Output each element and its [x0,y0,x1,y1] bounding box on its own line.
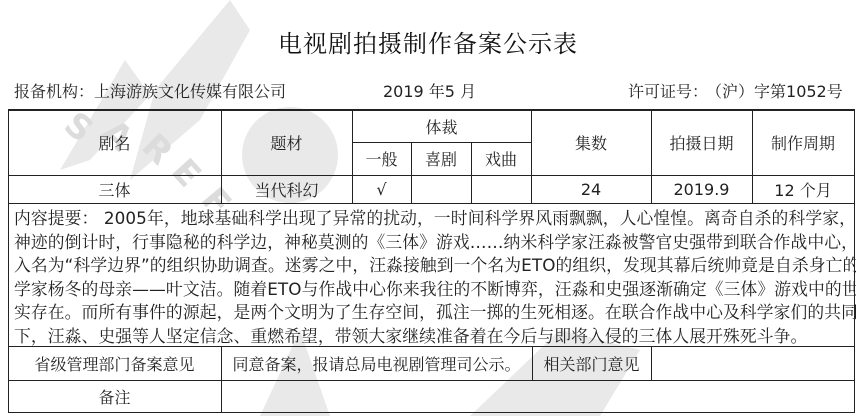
remarks-value [221,381,854,412]
filing-org-label: 报备机构： [14,82,94,101]
filing-org-value: 上海游族文化传媒有限公司 [94,82,286,101]
header-shoot-date: 拍摄日期 [651,110,752,175]
license-number: 许可证号：（沪）字第1052号 [628,79,843,102]
cell-episodes: 24 [531,176,651,203]
related-dept-label: 相关部门意见 [532,347,651,380]
header-genre-group: 体裁 [352,110,531,142]
content-summary: 内容提要： 2005年，地球基础科学出现了异常的扰动，一时间科学界风雨飘飘，人心… [14,207,852,349]
cell-shoot-date: 2019.9 [651,176,752,203]
cell-subject: 当代科幻 [221,176,352,203]
filing-date: 2019 年5 月 [383,79,476,102]
cell-genre-general: √ [352,176,411,203]
related-dept-opinion [651,347,854,380]
header-genre-general: 一般 [352,142,411,175]
license-label: 许可证号： [628,82,708,101]
summary-line: 入名为“科学边界”的组织协助调查。迷雾之中，汪淼接触到一个名为ETO的组织，发现… [14,254,852,278]
header-name: 剧名 [8,110,221,175]
header-genre-comedy: 喜剧 [411,142,471,175]
remarks-label: 备注 [8,381,221,412]
license-value: （沪）字第1052号 [714,82,843,101]
summary-line: 学家杨冬的母亲——叶文洁。随着ETO与作战中心你来我往的不断博弈，汪淼和史强逐渐… [14,278,852,302]
document-title: 电视剧拍摄制作备案公示表 [0,24,856,59]
provincial-opinion-label: 省级管理部门备案意见 [8,347,221,380]
summary-line: 实存在。而所有事件的源起，是两个文明为了生存空间，孤注一掷的生死相逐。在联合作战… [14,301,852,325]
cell-name: 三体 [8,176,221,203]
cell-genre-comedy [411,176,471,203]
header-genre-opera: 戏曲 [471,142,531,175]
header-subject: 题材 [221,110,352,175]
cell-genre-opera [471,176,531,203]
header-episodes: 集数 [531,110,651,175]
header-production-cycle: 制作周期 [752,110,854,175]
filing-org: 报备机构：上海游族文化传媒有限公司 [14,79,286,102]
divider [8,203,855,204]
summary-line: 下，汪淼、史强等人坚定信念、重燃希望，带领大家继续准备着在今后与即将入侵的三体人… [14,325,852,349]
summary-line: 内容提要： 2005年，地球基础科学出现了异常的扰动，一时间科学界风雨飘飘，人心… [14,207,852,231]
provincial-opinion: 同意备案，报请总局电视剧管理司公示。 [221,347,532,380]
summary-line: 神迹的倒计时，行事隐秘的科学边，神秘莫测的《三体》游戏……纳米科学家汪淼被警官史… [14,231,852,255]
cell-production-cycle: 12 个月 [752,176,854,203]
